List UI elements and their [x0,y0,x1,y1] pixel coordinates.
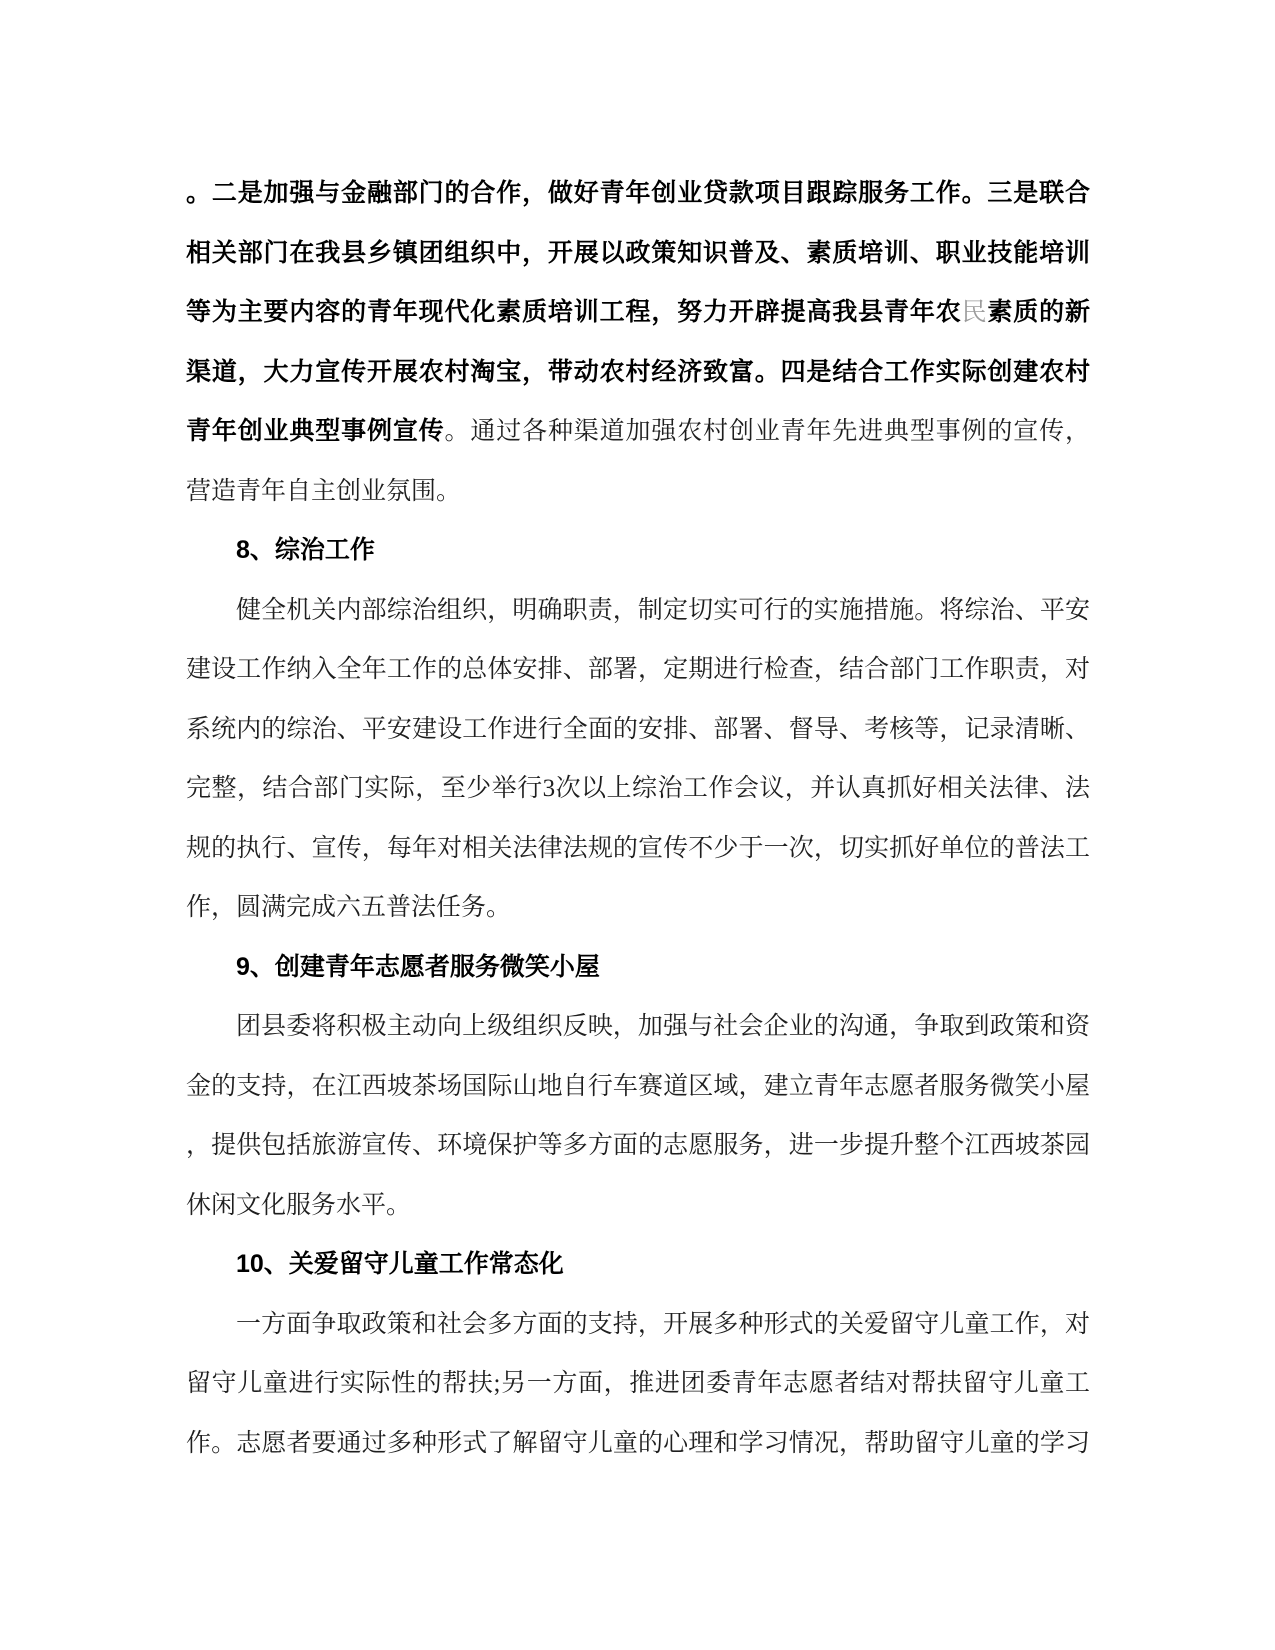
text-line: 休闲文化服务水平。 [186,1176,1090,1236]
text-line: 建设工作纳入全年工作的总体安排、部署，定期进行检查，结合部门工作职责，对 [186,640,1090,700]
body-text: 营造青年自主创业氛围。 [186,478,461,505]
body-text: 规的执行、宣传，每年对相关法律法规的宣传不少于一次，切实抓好单位的普法工 [186,835,1090,862]
body-text: 作，圆满完成六五普法任务。 [186,894,511,921]
text-line: 规的执行、宣传，每年对相关法律法规的宣传不少于一次，切实抓好单位的普法工 [186,819,1090,879]
body-text: 一方面争取政策和社会多方面的支持，开展多种形式的关爱留守儿童工作，对 [236,1311,1090,1338]
text-line: 系统内的综治、平安建设工作进行全面的安排、部署、督导、考核等，记录清晰、 [186,700,1090,760]
text-line: 作，圆满完成六五普法任务。 [186,878,1090,938]
section-heading-8: 8、综治工作 [186,521,1090,581]
text-line: 。二是加强与金融部门的合作，做好青年创业贷款项目跟踪服务工作。三是联合 [186,164,1090,224]
body-text: 留守儿童进行实际性的帮扶;另一方面，推进团委青年志愿者结对帮扶留守儿童工 [186,1370,1090,1397]
bold-text: 青年创业典型事例宣传 [186,417,445,445]
section-heading-10: 10、关爱留守儿童工作常态化 [186,1235,1090,1295]
body-text: 完整，结合部门实际，至少举行3次以上综治工作会议，并认真抓好相关法律、法 [186,775,1090,802]
bold-text: 素质的新 [987,298,1090,326]
text-line: 金的支持，在江西坡茶场国际山地自行车赛道区域，建立青年志愿者服务微笑小屋 [186,1057,1090,1117]
heading-text: 10、关爱留守儿童工作常态化 [236,1250,564,1278]
body-text: 金的支持，在江西坡茶场国际山地自行车赛道区域，建立青年志愿者服务微笑小屋 [186,1073,1090,1100]
text-line: 渠道，大力宣传开展农村淘宝，带动农村经济致富。四是结合工作实际创建农村 [186,343,1090,403]
text-line: ，提供包括旅游宣传、环境保护等多方面的志愿服务，进一步提升整个江西坡茶园 [186,1116,1090,1176]
heading-text: 9、创建青年志愿者服务微笑小屋 [236,953,600,981]
text-line: 相关部门在我县乡镇团组织中，开展以政策知识普及、素质培训、职业技能培训 [186,224,1090,284]
text-line: 营造青年自主创业氛围。 [186,462,1090,522]
text-line: 等为主要内容的青年现代化素质培训工程，努力开辟提高我县青年农民素质的新 [186,283,1090,343]
body-text: 休闲文化服务水平。 [186,1192,411,1219]
text-line: 留守儿童进行实际性的帮扶;另一方面，推进团委青年志愿者结对帮扶留守儿童工 [186,1354,1090,1414]
section-heading-9: 9、创建青年志愿者服务微笑小屋 [186,938,1090,998]
body-text: 作。志愿者要通过多种形式了解留守儿童的心理和学习情况，帮助留守儿童的学习 [186,1430,1090,1457]
body-text: ，提供包括旅游宣传、环境保护等多方面的志愿服务，进一步提升整个江西坡茶园 [186,1132,1090,1159]
text-line: 团县委将积极主动向上级组织反映，加强与社会企业的沟通，争取到政策和资 [186,997,1090,1057]
body-text: 健全机关内部综治组织，明确职责，制定切实可行的实施措施。将综治、平安 [236,597,1090,624]
text-line: 完整，结合部门实际，至少举行3次以上综治工作会议，并认真抓好相关法律、法 [186,759,1090,819]
body-text: 团县委将积极主动向上级组织反映，加强与社会企业的沟通，争取到政策和资 [236,1013,1090,1040]
substituted-char: 民 [962,299,988,326]
body-text: 建设工作纳入全年工作的总体安排、部署，定期进行检查，结合部门工作职责，对 [186,656,1090,683]
body-text: 系统内的综治、平安建设工作进行全面的安排、部署、督导、考核等，记录清晰、 [186,716,1090,743]
text-line: 一方面争取政策和社会多方面的支持，开展多种形式的关爱留守儿童工作，对 [186,1295,1090,1355]
text-line: 健全机关内部综治组织，明确职责，制定切实可行的实施措施。将综治、平安 [186,581,1090,641]
document-page: 。二是加强与金融部门的合作，做好青年创业贷款项目跟踪服务工作。三是联合 相关部门… [0,0,1275,1650]
bold-text: 等为主要内容的青年现代化素质培训工程，努力开辟提高我县青年农 [186,298,962,326]
bold-text: 相关部门在我县乡镇团组织中，开展以政策知识普及、素质培训、职业技能培训 [186,239,1090,267]
text-line: 青年创业典型事例宣传。通过各种渠道加强农村创业青年先进典型事例的宣传， [186,402,1090,462]
bold-text: 。二是加强与金融部门的合作，做好青年创业贷款项目跟踪服务工作。三是联合 [186,179,1090,207]
text-line: 作。志愿者要通过多种形式了解留守儿童的心理和学习情况，帮助留守儿童的学习 [186,1414,1090,1474]
bold-text: 渠道，大力宣传开展农村淘宝，带动农村经济致富。四是结合工作实际创建农村 [186,358,1090,386]
body-text: 。通过各种渠道加强农村创业青年先进典型事例的宣传， [445,418,1090,445]
heading-text: 8、综治工作 [236,536,375,564]
text-block: 。二是加强与金融部门的合作，做好青年创业贷款项目跟踪服务工作。三是联合 相关部门… [186,164,1090,1473]
